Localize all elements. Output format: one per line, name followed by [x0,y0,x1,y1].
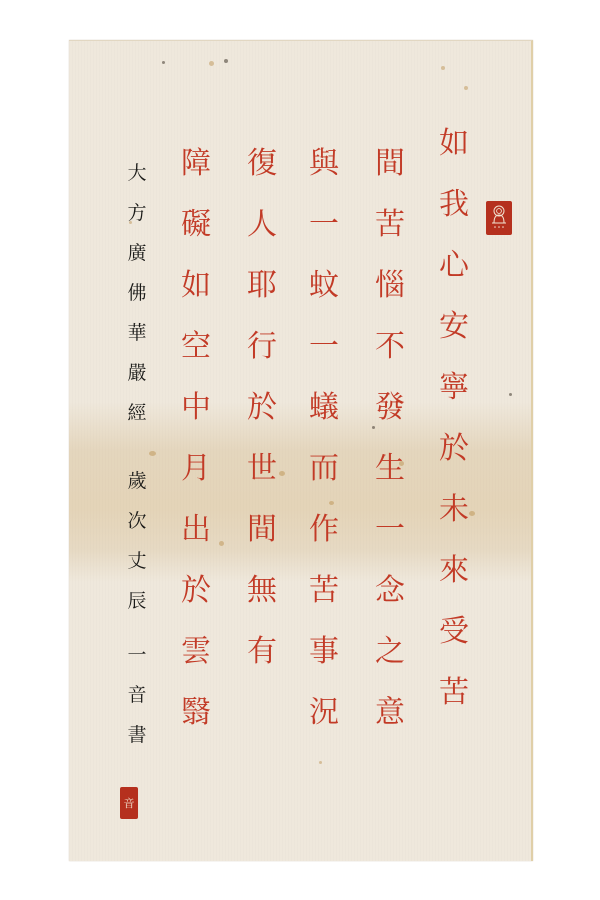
inscription-character: 廣 [124,233,150,273]
character: 念 [370,560,410,621]
character: 出 [176,499,216,560]
character: 苦 [434,662,474,723]
character: 惱 [370,255,410,316]
inscription-character: 嚴 [124,353,150,393]
inscription-character: 丈 [124,541,150,581]
character: 行 [242,316,282,377]
inscription-character: 書 [124,715,150,755]
character: 我 [434,174,474,235]
character: 心 [434,235,474,296]
text-column-3: 與 一 蚊 一 蟻 而 作 苦 事 況 [304,133,344,743]
character: 蟻 [304,377,344,438]
stain-spot [149,451,156,456]
character: 雲 [176,621,216,682]
character: 意 [370,682,410,743]
buddha-seal [486,201,512,235]
character: 有 [242,621,282,682]
buddha-figure-icon [489,204,509,232]
stain-spot [162,61,165,64]
character: 月 [176,438,216,499]
character: 一 [304,194,344,255]
character: 生 [370,438,410,499]
stain-spot [464,86,468,90]
character: 間 [370,133,410,194]
character: 受 [434,601,474,662]
character: 蚊 [304,255,344,316]
character: 與 [304,133,344,194]
character: 如 [176,255,216,316]
character: 未 [434,479,474,540]
inscription-character: 歲 [124,461,150,501]
name-seal-text: 音 [124,798,135,809]
character: 復 [242,133,282,194]
character: 於 [242,377,282,438]
character: 無 [242,560,282,621]
character: 苦 [304,560,344,621]
character: 而 [304,438,344,499]
inscription-character: 華 [124,313,150,353]
stain-spot [219,541,224,546]
inscription-character: 經 [124,393,150,433]
character: 來 [434,540,474,601]
calligraphy-paper: 如 我 心 安 寧 於 未 來 受 苦 間 苦 惱 不 發 生 一 念 之 意 … [69,40,533,861]
character: 苦 [370,194,410,255]
inscription-character: 大 [124,153,150,193]
stain-spot [209,61,214,66]
character: 翳 [176,682,216,743]
character: 間 [242,499,282,560]
stain-spot [441,66,445,70]
character: 如 [434,113,474,174]
character: 事 [304,621,344,682]
character: 障 [176,133,216,194]
character: 世 [242,438,282,499]
character: 於 [434,418,474,479]
character: 耶 [242,255,282,316]
stain-spot [319,761,322,764]
character: 一 [304,316,344,377]
stain-spot [224,59,228,63]
inscription-character: 佛 [124,273,150,313]
inscription-character: 辰 [124,581,150,621]
inscription-column: 大 方 廣 佛 華 嚴 經 歲 次 丈 辰 一 音 書 [124,153,150,755]
text-column-4: 復 人 耶 行 於 世 間 無 有 [242,133,282,682]
character: 一 [370,499,410,560]
character: 人 [242,194,282,255]
character: 不 [370,316,410,377]
name-seal: 音 [120,787,138,819]
character: 安 [434,296,474,357]
character: 況 [304,682,344,743]
character: 於 [176,560,216,621]
inscription-character: 方 [124,193,150,233]
character: 發 [370,377,410,438]
text-column-2: 間 苦 惱 不 發 生 一 念 之 意 [370,133,410,743]
character: 之 [370,621,410,682]
character: 礙 [176,194,216,255]
stain-spot [509,393,512,396]
text-column-1: 如 我 心 安 寧 於 未 來 受 苦 [434,113,474,723]
inscription-character: 次 [124,501,150,541]
text-column-5: 障 礙 如 空 中 月 出 於 雲 翳 [176,133,216,743]
character: 中 [176,377,216,438]
inscription-character: 一 [124,635,150,675]
character: 空 [176,316,216,377]
character: 作 [304,499,344,560]
inscription-character: 音 [124,675,150,715]
character: 寧 [434,357,474,418]
